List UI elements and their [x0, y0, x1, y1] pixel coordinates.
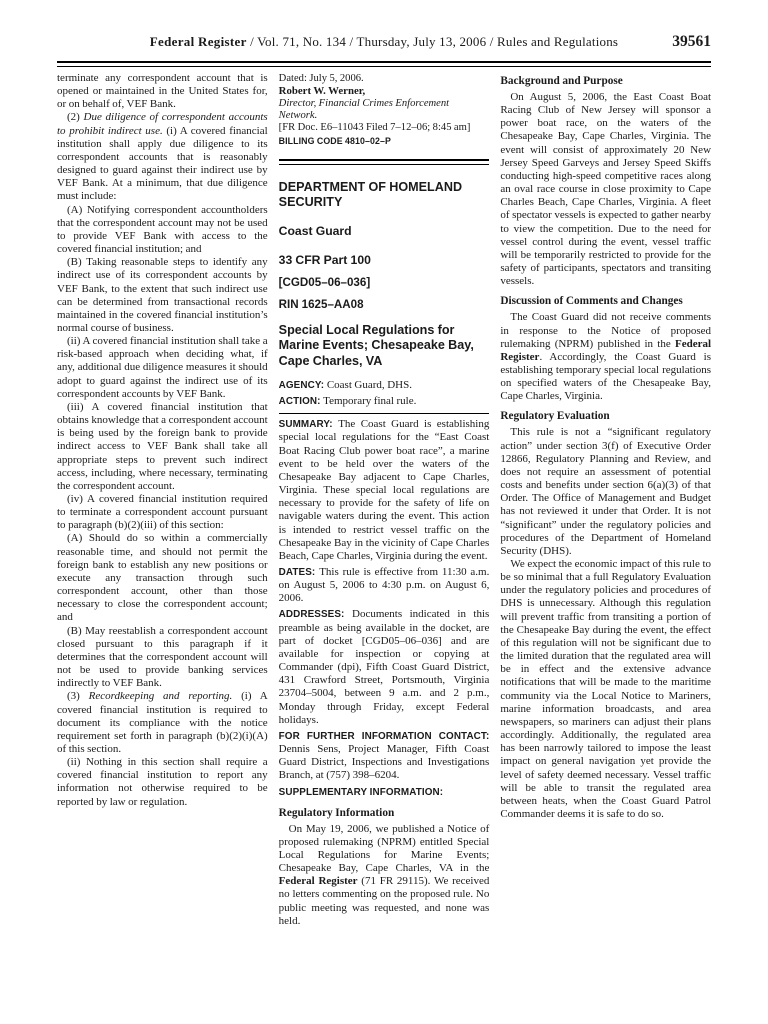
contact-paragraph: FOR FURTHER INFORMATION CONTACT: Dennis … [279, 730, 490, 783]
paragraph: (iii) A covered financial institution th… [57, 401, 268, 493]
regulatory-information-heading: Regulatory Information [279, 806, 490, 820]
document-title: Special Local Regulations for Marine Eve… [279, 323, 490, 369]
middle-column: Dated: July 5, 2006. Robert W. Werner, D… [279, 72, 490, 928]
agency-subheading: Coast Guard [279, 224, 490, 239]
header-rule [57, 61, 711, 67]
signature-date: Dated: July 5, 2006. [279, 72, 490, 85]
dates-paragraph: DATES: This rule is effective from 11:30… [279, 566, 490, 605]
page-number: 39561 [672, 33, 711, 51]
background-paragraph: On August 5, 2006, the East Coast Boat R… [500, 91, 711, 288]
paragraph: (A) Notifying correspondent accountholde… [57, 204, 268, 257]
page-header: Federal Register / Vol. 71, No. 134 / Th… [57, 33, 711, 55]
regulatory-evaluation-heading: Regulatory Evaluation [500, 409, 711, 423]
addresses-paragraph: ADDRESSES: Documents indicated in this p… [279, 608, 490, 726]
paragraph: (B) May reestablish a correspondent acco… [57, 625, 268, 691]
paragraph: (2) Due diligence of correspondent accou… [57, 111, 268, 203]
department-heading: DEPARTMENT OF HOMELAND SECURITY [279, 180, 490, 210]
signer-name: Robert W. Werner, [279, 85, 490, 98]
paragraph: (3) Recordkeeping and reporting. (i) A c… [57, 690, 268, 756]
reg-eval-paragraph-1: This rule is not a “significant regulato… [500, 426, 711, 558]
fr-doc-line: [FR Doc. E6–11043 Filed 7–12–06; 8:45 am… [279, 122, 490, 135]
action-label: ACTION: [279, 396, 323, 407]
background-heading: Background and Purpose [500, 74, 711, 88]
paragraph: (A) Should do so within a commercially r… [57, 532, 268, 624]
discussion-heading: Discussion of Comments and Changes [500, 294, 711, 308]
contact-label: FOR FURTHER INFORMATION CONTACT: [279, 731, 490, 742]
rin-number: RIN 1625–AA08 [279, 298, 490, 311]
docket-number: [CGD05–06–036] [279, 276, 490, 289]
paragraph: terminate any correspondent account that… [57, 72, 268, 111]
cfr-part-heading: 33 CFR Part 100 [279, 253, 490, 267]
section-divider-rule [279, 159, 490, 165]
summary-paragraph: SUMMARY: The Coast Guard is establishing… [279, 418, 490, 563]
volume-issue-date: / Vol. 71, No. 134 / Thursday, July 13, … [247, 34, 619, 49]
running-head: Federal Register / Vol. 71, No. 134 / Th… [57, 33, 711, 51]
left-column: terminate any correspondent account that… [57, 72, 268, 928]
agency-line: AGENCY: Coast Guard, DHS. [279, 379, 490, 392]
agency-label: AGENCY: [279, 380, 327, 391]
billing-code: BILLING CODE 4810–02–P [279, 135, 490, 148]
three-column-body: terminate any correspondent account that… [57, 72, 711, 928]
addresses-label: ADDRESSES: [279, 609, 352, 620]
summary-label: SUMMARY: [279, 419, 339, 430]
right-column: Background and Purpose On August 5, 2006… [500, 72, 711, 928]
federal-register-page: Federal Register / Vol. 71, No. 134 / Th… [0, 0, 768, 1024]
paragraph: (iv) A covered financial institution req… [57, 493, 268, 532]
dates-label: DATES: [279, 567, 320, 578]
publication-name: Federal Register [150, 34, 247, 49]
reg-eval-paragraph-2: We expect the economic impact of this ru… [500, 558, 711, 821]
discussion-paragraph: The Coast Guard did not receive comments… [500, 311, 711, 403]
reg-info-paragraph: On May 19, 2006, we published a Notice o… [279, 823, 490, 928]
signer-title: Director, Financial Crimes Enforcement N… [279, 98, 490, 122]
action-line: ACTION: Temporary final rule. [279, 395, 490, 408]
paragraph: (ii) Nothing in this section shall requi… [57, 756, 268, 809]
paragraph: (ii) A covered financial institution sha… [57, 335, 268, 401]
paragraph: (B) Taking reasonable steps to identify … [57, 256, 268, 335]
preamble-rule [279, 413, 490, 414]
supplementary-info-label: SUPPLEMENTARY INFORMATION: [279, 786, 490, 799]
